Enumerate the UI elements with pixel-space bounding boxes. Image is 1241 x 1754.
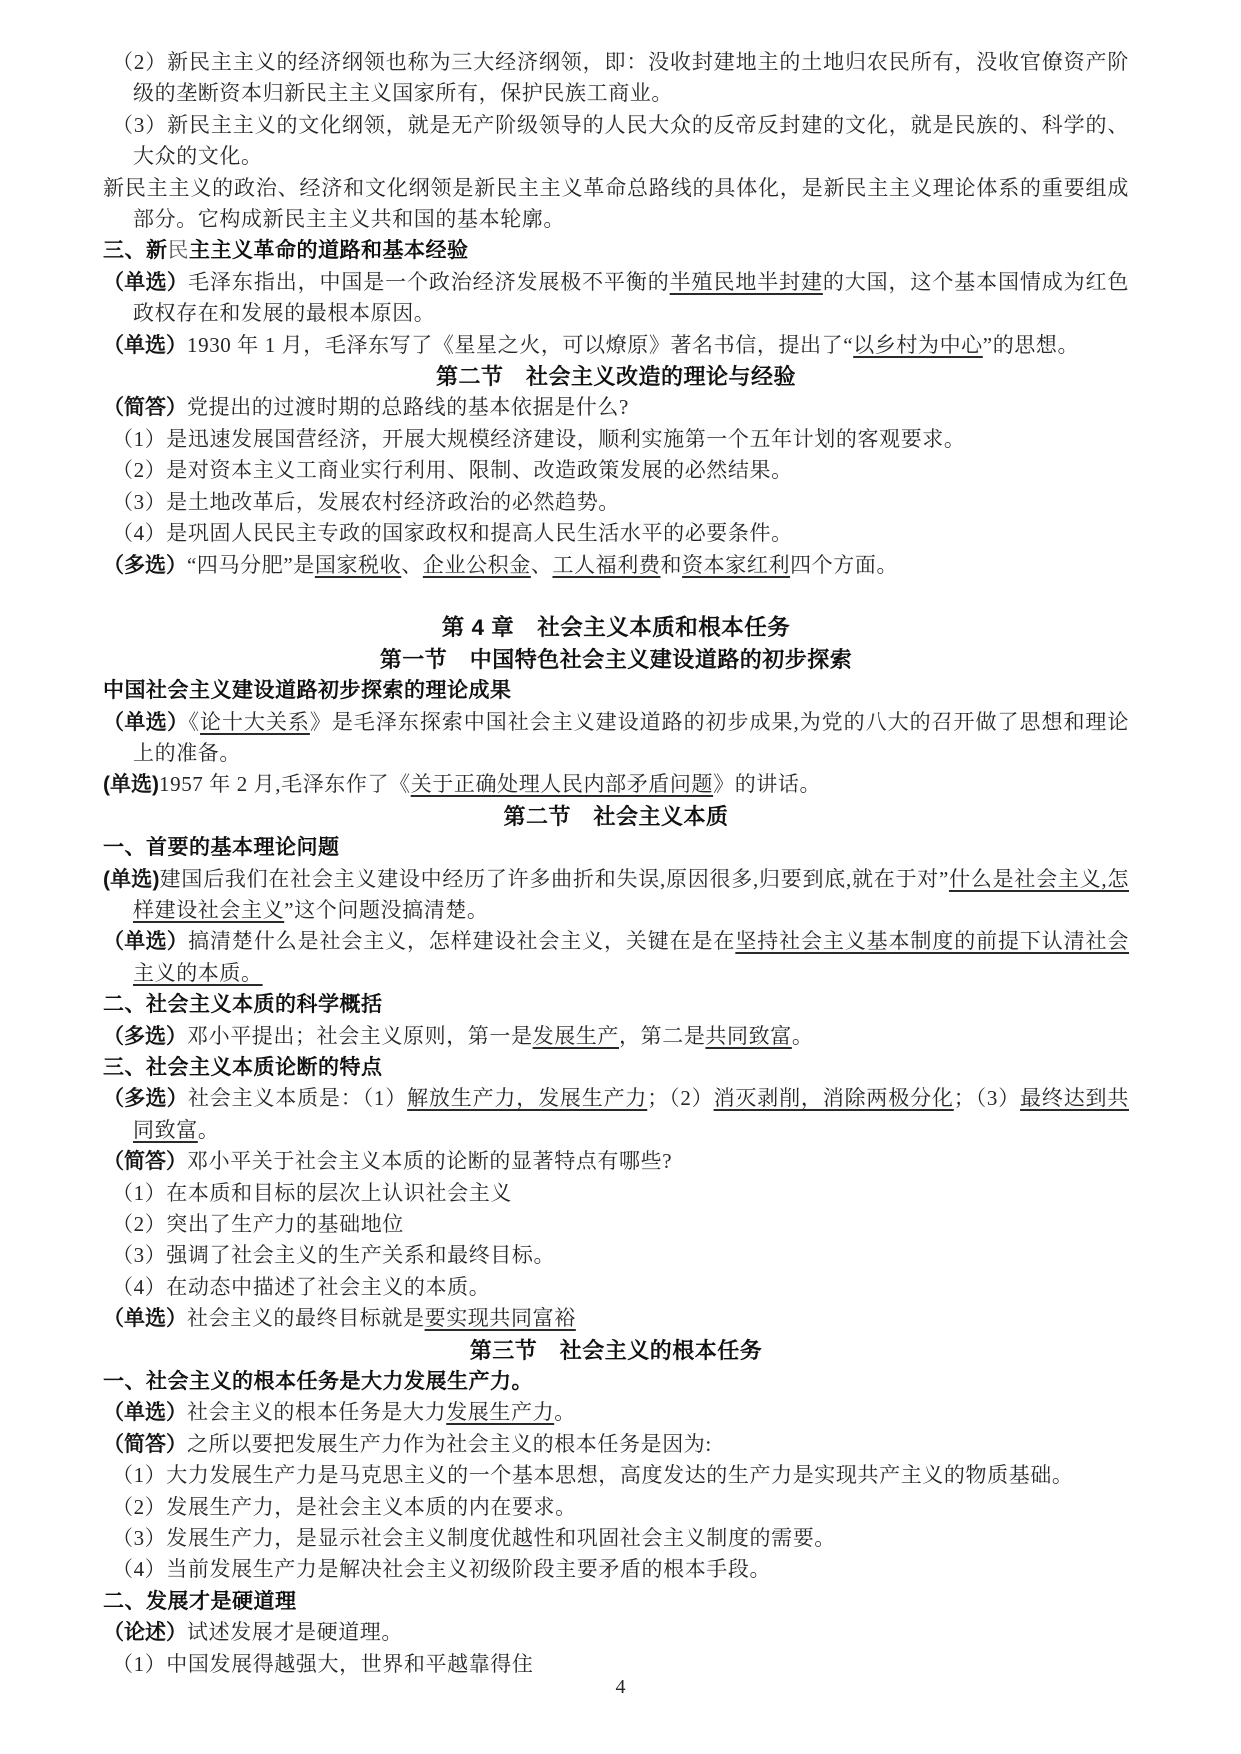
text-run: 搞清楚什么是社会主义，怎样建设社会主义，关键在是在 [188,929,735,953]
text-run: 二、社会主义本质的科学概括 [103,993,383,1016]
question-type-label: （简答） [103,1433,187,1456]
subsection-heading: 三、社会主义本质论断的特点 [103,1052,1129,1083]
underlined-text: 解放生产力，发展生产力 [407,1086,647,1110]
text-run: （4）在动态中描述了社会主义的本质。 [112,1275,490,1299]
underlined-text: 企业公积金 [423,553,531,577]
text-run: （2）新民主主义的经济纲领也称为三大经济纲领，即：没收封建地主的土地归农民所有，… [112,50,1129,105]
text-run: 》的讲话。 [713,772,821,796]
text-run: ；（2） [647,1086,713,1110]
list-item: （2）新民主主义的经济纲领也称为三大经济纲领，即：没收封建地主的土地归农民所有，… [103,47,1129,110]
underlined-text: 要实现共同富裕 [425,1306,576,1330]
text-run: 第 4 章 社会主义本质和根本任务 [442,615,791,640]
text-run: “四马分肥”是 [187,553,315,577]
text-run: （2）发展生产力，是社会主义本质的内在要求。 [112,1495,577,1519]
underlined-text: 资本家红利 [682,553,790,577]
text-run: 二、发展才是硬道理 [103,1590,297,1613]
subsection-heading: 二、发展才是硬道理 [103,1586,1129,1617]
qa-paragraph: （单选）社会主义的根本任务是大力发展生产力。 [103,1397,1129,1428]
text-run: 社会主义的最终目标就是 [187,1306,425,1330]
qa-paragraph: （多选）社会主义本质是：（1）解放生产力，发展生产力；（2）消灭剥削，消除两极分… [103,1083,1129,1146]
text-run: （3）发展生产力，是显示社会主义制度优越性和巩固社会主义制度的需要。 [112,1526,836,1550]
underlined-text: 国家税收 [315,553,401,577]
text-run: 建国后我们在社会主义建设中经历了许多曲折和失误,原因很多,归要到底,就在于对” [159,867,949,891]
text-run: （1）在本质和目标的层次上认识社会主义 [112,1181,512,1205]
question-type-label: （多选） [103,554,187,577]
question-type-label: （单选） [103,1307,187,1330]
text-run: （1）是迅速发展国营经济，开展大规模经济建设，顺利实施第一个五年计划的客观要求。 [112,427,966,451]
document-body: （2）新民主主义的经济纲领也称为三大经济纲领，即：没收封建地主的土地归农民所有，… [103,47,1129,1680]
text-run: （3）新民主主义的文化纲领，就是无产阶级领导的人民大众的反帝反封建的文化，就是民… [112,113,1129,168]
text-run: 。 [198,1118,220,1142]
text-run: （1）中国发展得越强大，世界和平越靠得住 [112,1652,534,1676]
text-run: （2）是对资本主义工商业实行利用、限制、改造政策发展的必然结果。 [112,458,793,482]
subsection-heading: 三、新民主主义革命的道路和基本经验 [103,235,1129,266]
list-item: （4）在动态中描述了社会主义的本质。 [103,1272,1129,1303]
underlined-text: 发展生产力 [446,1400,554,1424]
list-item: （3）新民主主义的文化纲领，就是无产阶级领导的人民大众的反帝反封建的文化，就是民… [103,110,1129,173]
list-item: （3）强调了社会主义的生产关系和最终目标。 [103,1240,1129,1271]
list-item: （1）在本质和目标的层次上认识社会主义 [103,1178,1129,1209]
fallback-glyph: 民 [168,238,190,262]
text-run: 和 [660,553,682,577]
text-run: ”的思想。 [983,333,1079,357]
subsection-heading: 一、首要的基本理论问题 [103,832,1129,863]
text-run: （2）突出了生产力的基础地位 [112,1212,404,1236]
qa-paragraph: (单选)建国后我们在社会主义建设中经历了许多曲折和失误,原因很多,归要到底,就在… [103,864,1129,927]
underlined-text: 消灭剥削，消除两极分化 [714,1086,954,1110]
text-run: 三、新 [103,239,168,262]
subsection-heading: 二、社会主义本质的科学概括 [103,989,1129,1020]
text-run: （3）是土地改革后，发展农村经济政治的必然趋势。 [112,490,620,514]
qa-paragraph: （简答）之所以要把发展生产力作为社会主义的根本任务是因为: [103,1429,1129,1460]
question-type-label: （单选） [103,271,188,294]
question-type-label: （论述） [103,1621,187,1644]
qa-paragraph: （单选）社会主义的最终目标就是要实现共同富裕 [103,1303,1129,1334]
text-run: 一、社会主义的根本任务是大力发展生产力。 [103,1370,533,1393]
text-run: 主主义革命的道路和基本经验 [189,239,469,262]
blank-line [103,581,1129,612]
text-run: 三、社会主义本质论断的特点 [103,1056,383,1079]
section-heading: 第二节 社会主义改造的理论与经验 [103,361,1129,392]
list-item: （1）大力发展生产力是马克思主义的一个基本思想，高度发达的生产力是实现共产主义的… [103,1460,1129,1491]
underlined-text: 论十大关系 [200,710,310,734]
text-run: 第一节 中国特色社会主义建设道路的初步探索 [380,647,853,672]
question-type-label: (单选) [103,773,159,796]
document-page: （2）新民主主义的经济纲领也称为三大经济纲领，即：没收封建地主的土地归农民所有，… [0,0,1241,1754]
text-run: （1）大力发展生产力是马克思主义的一个基本思想，高度发达的生产力是实现共产主义的… [112,1463,1074,1487]
qa-paragraph: （简答）邓小平关于社会主义本质的论断的显著特点有哪些? [103,1146,1129,1177]
underlined-text: 发展生产 [533,1024,619,1048]
page-footer: 4 [0,1676,1241,1699]
text-run: 之所以要把发展生产力作为社会主义的根本任务是因为: [187,1432,712,1456]
list-item: （2）发展生产力，是社会主义本质的内在要求。 [103,1492,1129,1523]
question-type-label: （简答） [103,396,187,419]
text-run: （3）强调了社会主义的生产关系和最终目标。 [112,1243,555,1267]
text-run: 社会主义的根本任务是大力 [187,1400,446,1424]
text-run: （4）是巩固人民民主专政的国家政权和提高人民生活水平的必要条件。 [112,521,793,545]
qa-paragraph: （单选）《论十大关系》是毛泽东探索中国社会主义建设道路的初步成果,为党的八大的召… [103,707,1129,770]
qa-paragraph: （单选）搞清楚什么是社会主义，怎样建设社会主义，关键在是在坚持社会主义基本制度的… [103,926,1129,989]
text-run: 试述发展才是硬道理。 [187,1620,403,1644]
qa-paragraph: （多选）邓小平提出；社会主义原则，第一是发展生产，第二是共同致富。 [103,1021,1129,1052]
text-run: 一、首要的基本理论问题 [103,836,340,859]
text-run: 四个方面。 [790,553,898,577]
text-run: 党提出的过渡时期的总路线的基本依据是什么? [187,395,629,419]
question-type-label: （单选） [103,711,189,734]
underlined-text: 关于正确处理人民内部矛盾问题 [411,772,713,796]
page-number: 4 [616,1676,626,1698]
qa-paragraph: （单选）毛泽东指出，中国是一个政治经济发展极不平衡的半殖民地半封建的大国，这个基… [103,267,1129,330]
text-run: 。 [792,1024,814,1048]
text-run: ”这个问题没搞清楚。 [284,898,488,922]
underlined-text: 以乡村为中心 [853,333,983,357]
subsection-heading: 一、社会主义的根本任务是大力发展生产力。 [103,1366,1129,1397]
question-type-label: （简答） [103,1150,187,1173]
qa-paragraph: （单选）1930 年 1 月，毛泽东写了《星星之火，可以燎原》著名书信，提出了“… [103,330,1129,361]
text-run: 、 [531,553,553,577]
underlined-text: 半殖民地半封建 [670,270,823,294]
list-item: （1）是迅速发展国营经济，开展大规模经济建设，顺利实施第一个五年计划的客观要求。 [103,424,1129,455]
question-type-label: （单选） [103,930,188,953]
text-run: 第二节 社会主义改造的理论与经验 [436,364,796,389]
qa-paragraph: （简答）党提出的过渡时期的总路线的基本依据是什么? [103,392,1129,423]
subsection-heading: 中国社会主义建设道路初步探索的理论成果 [103,675,1129,706]
text-run: （4）当前发展生产力是解决社会主义初级阶段主要矛盾的根本手段。 [112,1557,771,1581]
text-run: 邓小平提出；社会主义原则，第一是 [187,1024,533,1048]
list-item: （2）突出了生产力的基础地位 [103,1209,1129,1240]
list-item: （4）当前发展生产力是解决社会主义初级阶段主要矛盾的根本手段。 [103,1554,1129,1585]
text-run: 中国社会主义建设道路初步探索的理论成果 [103,679,512,702]
question-type-label: （多选） [103,1025,187,1048]
qa-paragraph: (单选)1957 年 2 月,毛泽东作了《关于正确处理人民内部矛盾问题》的讲话。 [103,769,1129,800]
section-heading: 第三节 社会主义的根本任务 [103,1335,1129,1366]
question-type-label: （单选） [103,334,187,357]
text-run: 、 [401,553,423,577]
text-run: 《 [189,710,200,734]
question-type-label: （多选） [103,1087,188,1110]
underlined-text: 共同致富 [705,1024,791,1048]
text-run: 新民主主义的政治、经济和文化纲领是新民主主义革命总路线的具体化，是新民主主义理论… [103,176,1129,231]
question-type-label: (单选) [103,868,159,891]
underlined-text: 工人福利费 [552,553,660,577]
text-run: 毛泽东指出，中国是一个政治经济发展极不平衡的 [188,270,670,294]
chapter-heading: 第 4 章 社会主义本质和根本任务 [103,612,1129,643]
list-item: （2）是对资本主义工商业实行利用、限制、改造政策发展的必然结果。 [103,455,1129,486]
text-run: 第三节 社会主义的根本任务 [470,1338,763,1363]
text-run: 1930 年 1 月，毛泽东写了《星星之火，可以燎原》著名书信，提出了“ [187,333,853,357]
body-paragraph: 新民主主义的政治、经济和文化纲领是新民主主义革命总路线的具体化，是新民主主义理论… [103,173,1129,236]
list-item: （3）发展生产力，是显示社会主义制度优越性和巩固社会主义制度的需要。 [103,1523,1129,1554]
text-run: ；（3） [954,1086,1020,1110]
text-run: ，第二是 [619,1024,705,1048]
list-item: （3）是土地改革后，发展农村经济政治的必然趋势。 [103,487,1129,518]
text-run: 社会主义本质是：（1） [188,1086,407,1110]
section-heading: 第一节 中国特色社会主义建设道路的初步探索 [103,644,1129,675]
question-type-label: （单选） [103,1401,187,1424]
text-run: 第二节 社会主义本质 [503,804,728,829]
list-item: （4）是巩固人民民主专政的国家政权和提高人民生活水平的必要条件。 [103,518,1129,549]
text-run: 。 [554,1400,576,1424]
section-heading: 第二节 社会主义本质 [103,801,1129,832]
text-run: 邓小平关于社会主义本质的论断的显著特点有哪些? [187,1149,672,1173]
qa-paragraph: （多选）“四马分肥”是国家税收、企业公积金、工人福利费和资本家红利四个方面。 [103,550,1129,581]
qa-paragraph: （论述）试述发展才是硬道理。 [103,1617,1129,1648]
text-run: 1957 年 2 月,毛泽东作了《 [159,772,411,796]
